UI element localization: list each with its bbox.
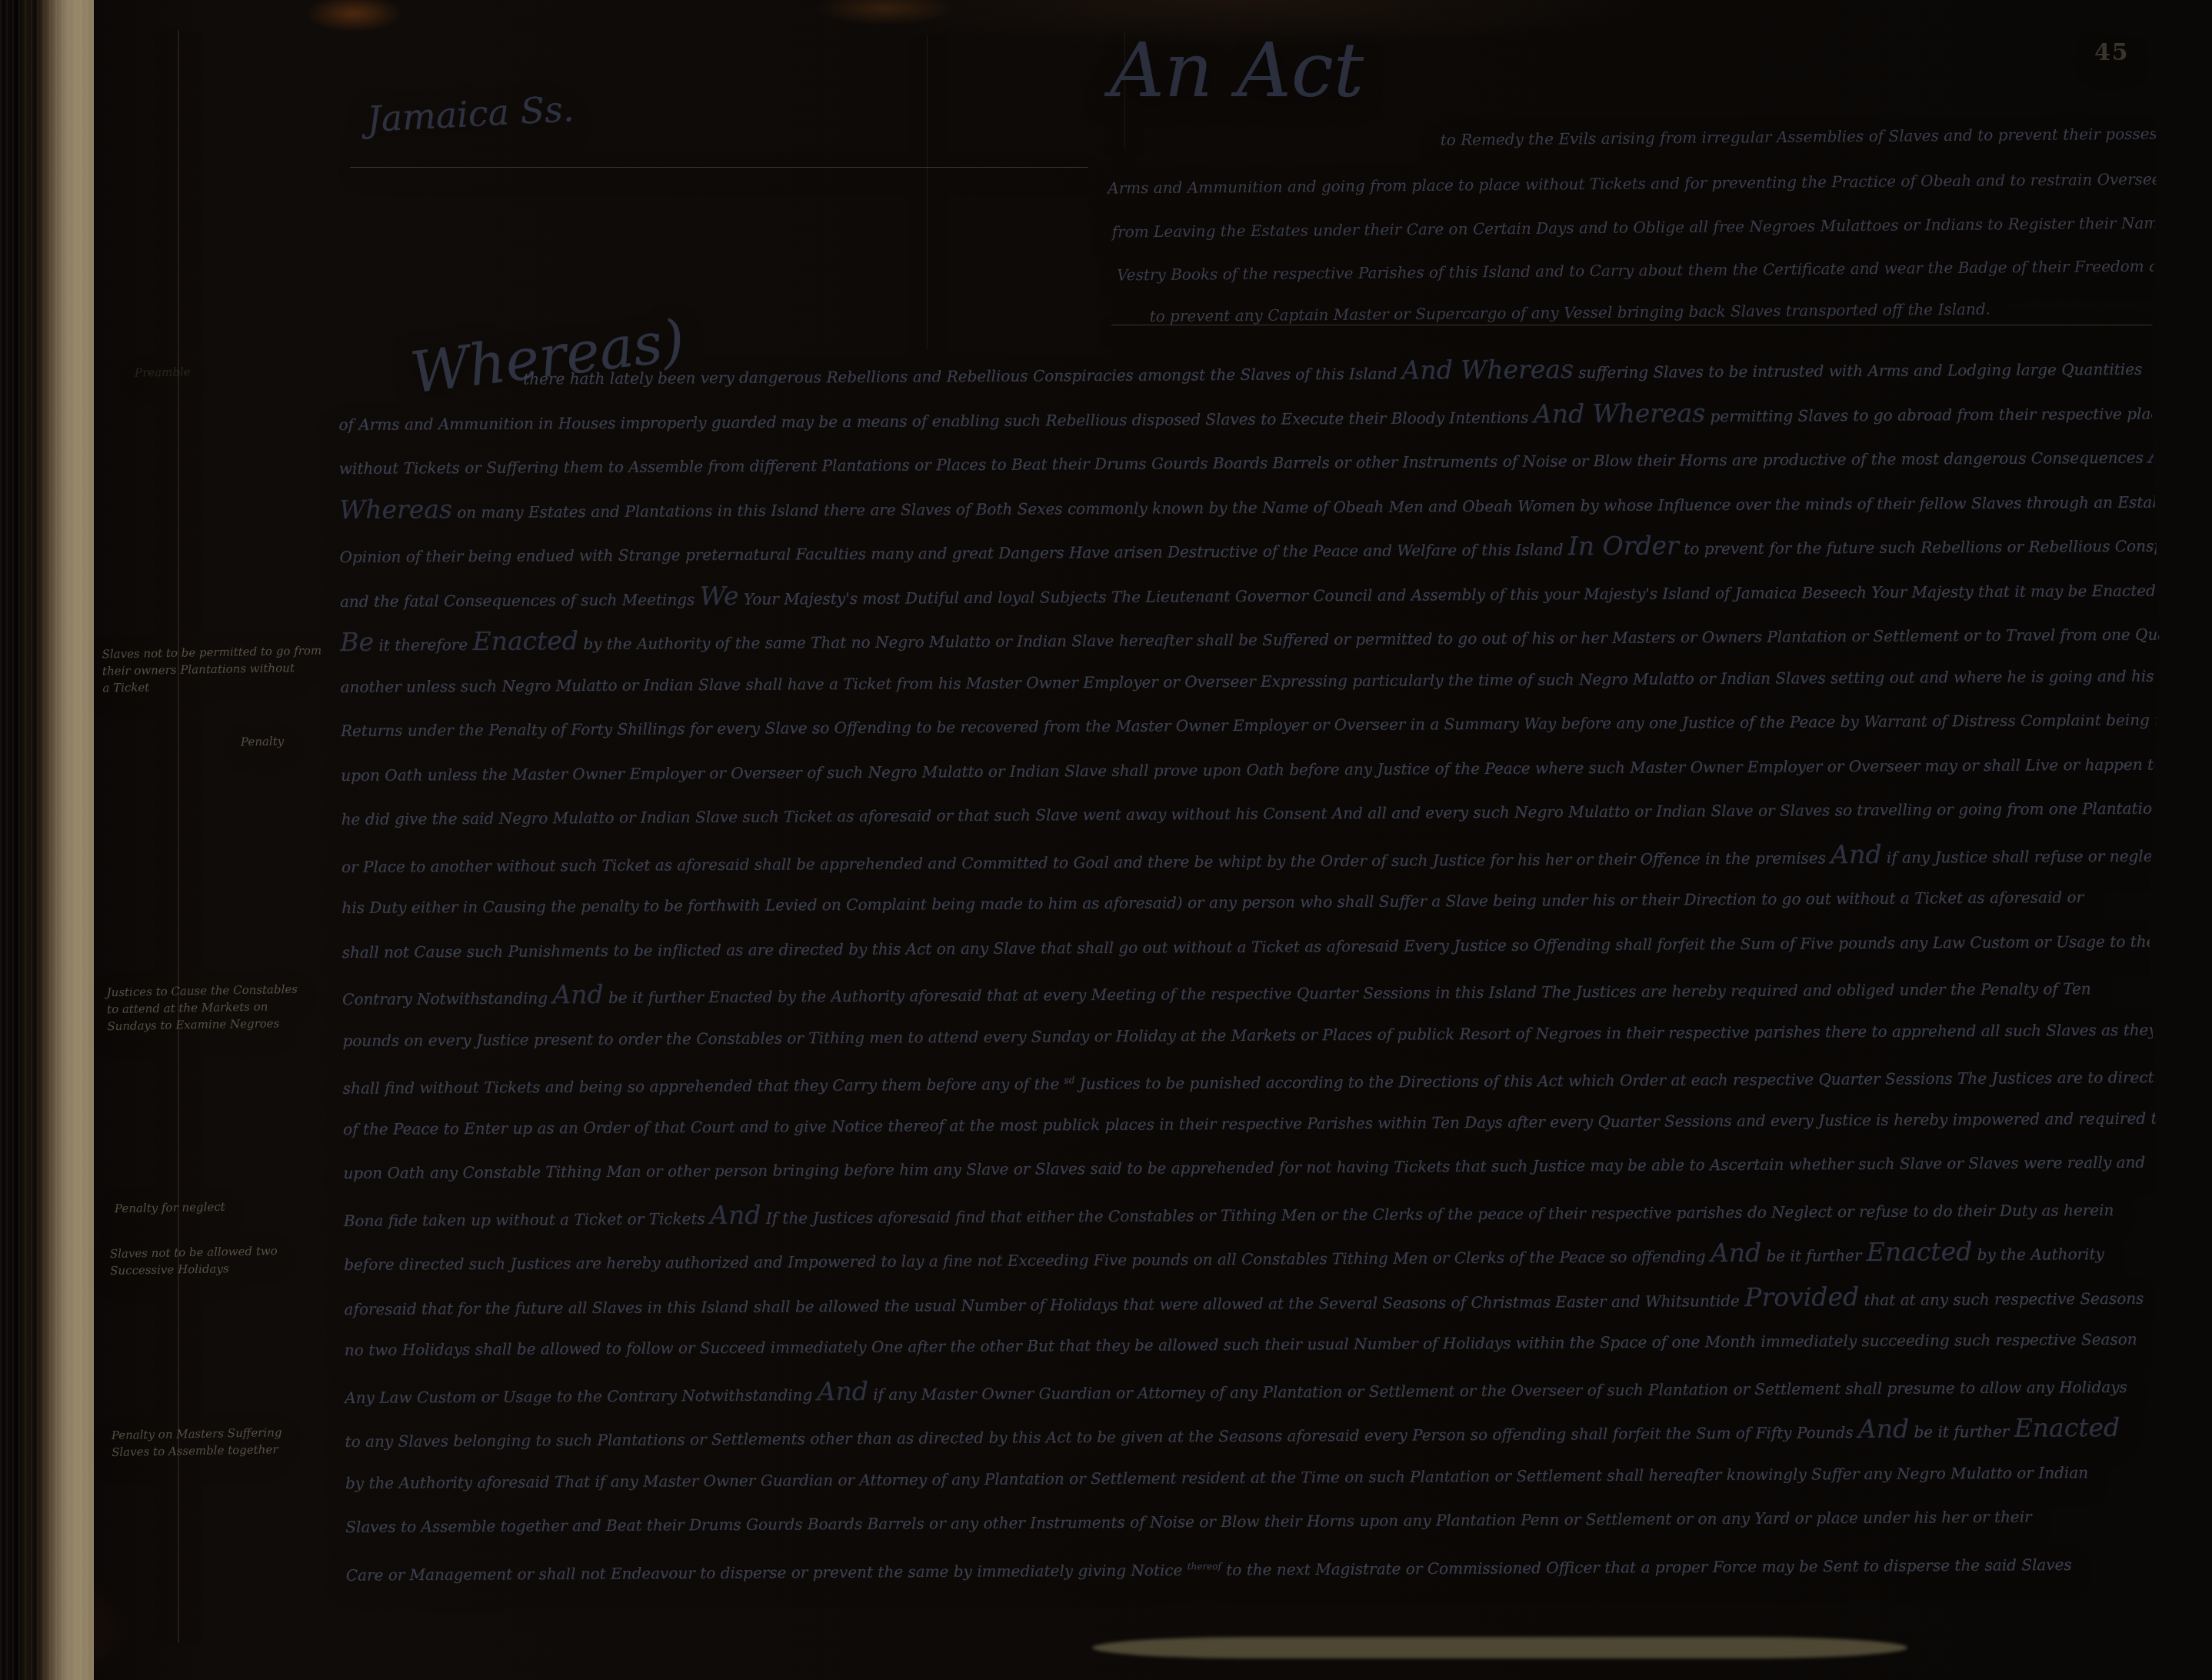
rule-line bbox=[350, 167, 1088, 168]
margin-note-line: Sundays to Examine Negroes bbox=[107, 1015, 298, 1035]
emphasis-word: Enacted bbox=[2014, 1412, 2120, 1443]
emphasis-word: Provided bbox=[1744, 1281, 1859, 1312]
emphasis-word: Enacted bbox=[1867, 1236, 1973, 1267]
emphasis-word: Whereas bbox=[339, 494, 452, 525]
emphasis-word: And Whereas bbox=[1534, 398, 1706, 428]
act-heading: An Act bbox=[1110, 27, 1364, 115]
emphasis-word: And bbox=[1858, 1414, 1909, 1444]
act-title-line-2: Arms and Ammunition and going from place… bbox=[1108, 169, 2161, 197]
margin-note-1: Preamble bbox=[135, 363, 191, 381]
margin-note-line: Penalty for neglect bbox=[115, 1198, 225, 1218]
margin-note-7: Penalty on Masters SufferingSlaves to As… bbox=[112, 1424, 282, 1461]
superscript-insertion: thereof bbox=[1188, 1561, 1221, 1572]
margin-note-line: Slaves to Assemble together bbox=[112, 1441, 282, 1461]
margin-note-5: Penalty for neglect bbox=[115, 1198, 225, 1218]
emphasis-word: We bbox=[700, 580, 739, 610]
page-number: 45 bbox=[2094, 39, 2130, 66]
margin-note-4: Justices to Cause the Constablesto atten… bbox=[106, 981, 298, 1035]
place-heading: Jamaica Ss. bbox=[366, 88, 575, 140]
act-title-line-3: from Leaving the Estates under their Car… bbox=[1112, 213, 2161, 242]
margin-note-6: Slaves not to be allowed twoSuccessive H… bbox=[110, 1242, 278, 1279]
emphasis-word: And Whereas bbox=[1401, 354, 1574, 385]
emphasis-word: Be bbox=[340, 627, 374, 657]
emphasis-word: And bbox=[817, 1375, 868, 1405]
margin-note-line: a Ticket bbox=[102, 676, 322, 697]
gutter-crease bbox=[178, 19, 179, 1655]
emphasis-word: And bbox=[1831, 838, 1881, 868]
emphasis-word: And bbox=[1711, 1238, 1761, 1268]
manuscript-page: 45 Jamaica Ss. An Act to Remedy the Evil… bbox=[81, 19, 2161, 1655]
act-title-line-4: Vestry Books of the respective Parishes … bbox=[1117, 256, 2161, 284]
margin-note-3: Penalty bbox=[241, 733, 285, 751]
emphasis-word: Enacted bbox=[472, 625, 578, 656]
margin-note-line: Justices to Cause the Constables bbox=[106, 981, 298, 1001]
emphasis-word: And bbox=[552, 979, 603, 1009]
margin-note-line: Successive Holidays bbox=[110, 1259, 278, 1279]
act-title-line-1: to Remedy the Evils arising from irregul… bbox=[1441, 124, 2161, 149]
rule-line bbox=[1111, 325, 2157, 325]
margin-note-line: Slaves not to be allowed two bbox=[110, 1242, 278, 1262]
book-gutter bbox=[0, 0, 94, 1680]
paper-crease bbox=[927, 19, 928, 350]
margin-note-2: Slaves not to be permitted to go fromthe… bbox=[102, 642, 322, 697]
emphasis-word: And bbox=[710, 1199, 761, 1229]
emphasis-word: In Order bbox=[1568, 530, 1679, 561]
act-title-line-5: to prevent any Captain Master or Superca… bbox=[1150, 300, 1991, 326]
margin-note-line: Preamble bbox=[135, 363, 191, 381]
superscript-insertion: sd bbox=[1064, 1075, 1075, 1085]
margin-note-line: Penalty bbox=[241, 733, 285, 751]
manuscript-body: there hath lately been very dangerous Re… bbox=[338, 352, 2161, 1602]
